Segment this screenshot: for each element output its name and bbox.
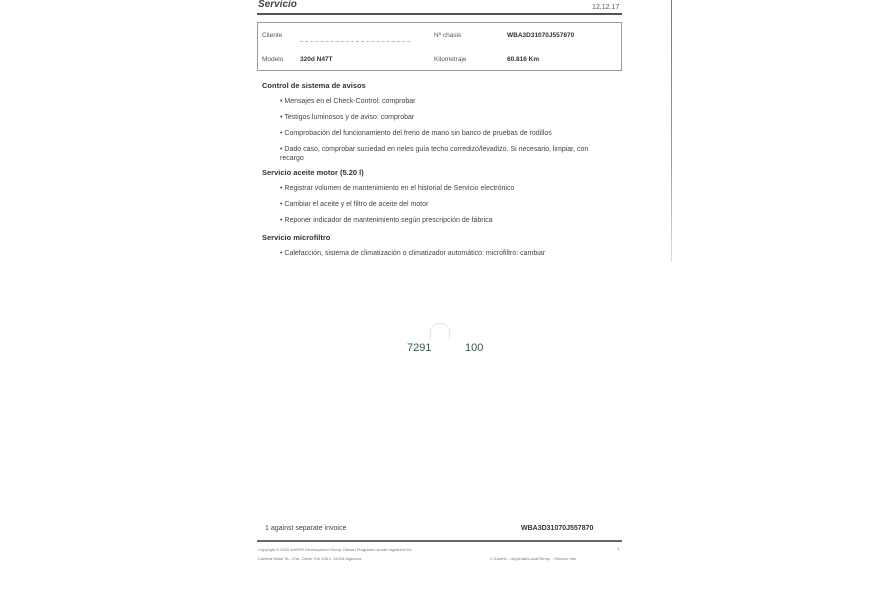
model-label: Modelo xyxy=(262,56,283,63)
client-value-redacted xyxy=(300,41,410,42)
list-item: • Registrar volumen de mantenimiento en … xyxy=(280,184,610,193)
footer-file-path: C:\Users\…\AppData\Local\Temp\…\Service.… xyxy=(490,556,620,561)
section-heading-microfilter: Servicio microfiltro xyxy=(262,233,330,242)
footer-address: Cantera Motor SL, C/ar. Otello, Km 106,1… xyxy=(258,556,362,561)
list-item: • Cambiar el aceite y el filtro de aceit… xyxy=(280,200,610,209)
section-heading-warning-system: Control de sistema de avisos xyxy=(262,81,366,90)
mileage-value: 60.816 Km xyxy=(507,56,539,63)
document-title: Servicio xyxy=(258,0,297,10)
list-item: • Comprobación del funcionamiento del fr… xyxy=(280,129,610,138)
list-item: • Reponer indicador de mantenimiento seg… xyxy=(280,216,610,225)
watermark-icon xyxy=(430,323,450,340)
document-date: 12.12.17 xyxy=(592,4,619,11)
title-divider xyxy=(257,13,622,15)
vehicle-info-box xyxy=(257,22,622,71)
client-label: Cliente xyxy=(262,32,282,39)
footer-chassis: WBA3D31070J557870 xyxy=(521,525,593,532)
list-item: • Dado caso, comprobar suciedad en riele… xyxy=(280,145,610,163)
list-item: • Calefacción, sistema de climatización … xyxy=(280,249,610,258)
mileage-label: Kilometraje xyxy=(434,56,467,63)
overlay-number-right: 100 xyxy=(465,342,483,354)
footer-note: 1 against separate invoice xyxy=(265,525,346,532)
page-edge-line xyxy=(671,0,672,262)
list-item: • Testigos luminosos y de aviso: comprob… xyxy=(280,113,610,122)
list-item: • Mensajes en el Check-Control: comproba… xyxy=(280,97,610,106)
footer-copyright: Copyright © 2020 svWRO Development Group… xyxy=(258,547,412,552)
footer-divider xyxy=(257,540,622,542)
overlay-number-left: 7291 xyxy=(407,342,431,354)
document-page: Servicio 12.12.17 Cliente Nº chasis WBA3… xyxy=(0,0,880,600)
model-value: 320d N47T xyxy=(300,56,333,63)
section-heading-engine-oil: Servicio aceite motor (5.20 l) xyxy=(262,168,364,177)
chassis-value: WBA3D31070J557870 xyxy=(507,32,574,39)
chassis-label: Nº chasis xyxy=(434,32,461,39)
footer-page-number: 1 xyxy=(617,546,619,551)
